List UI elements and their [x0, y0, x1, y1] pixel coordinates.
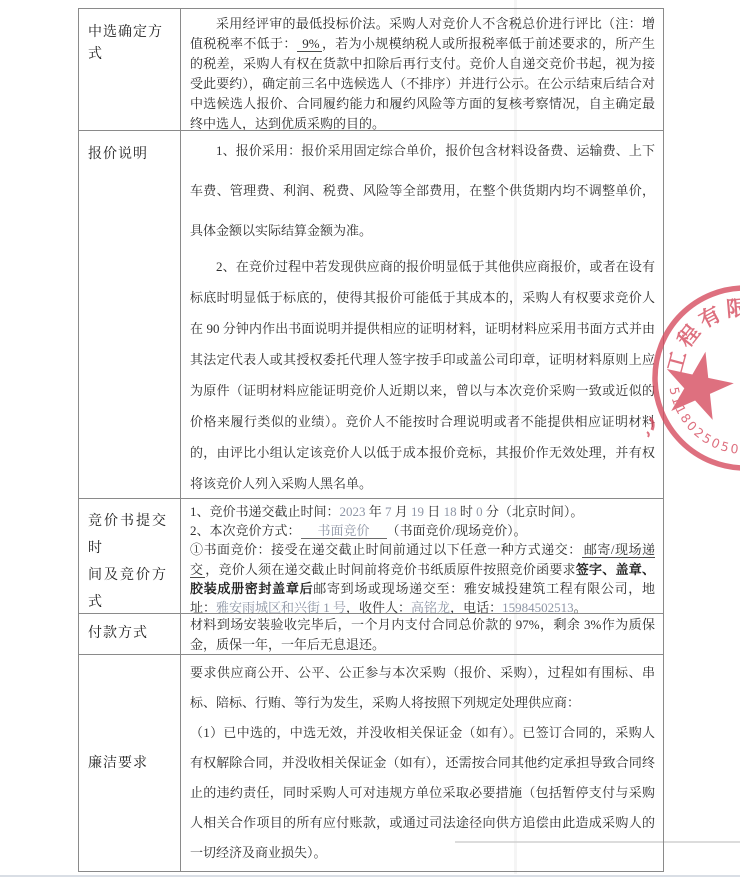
selection-method-text: 采用经评审的最低投标价法。采购人对竞价人不含税总价进行评比（注：增值税税率不低于…: [190, 14, 655, 130]
row-label-quotation-notes: 报价说明: [79, 131, 181, 498]
seal-serial-number: 51180250505: [667, 386, 740, 457]
table-row: 付款方式 材料到场安装验收完毕后，一个月内支付合同总价款的 97%，剩余 3%作…: [79, 614, 663, 655]
table-row: 报价说明 1、报价采用：报价采用固定综合单价，报价包含材料设备费、运输费、上下车…: [79, 131, 663, 499]
row-label-selection-method: 中选确定方式: [79, 9, 181, 130]
bid-method-line: 2、本次竞价方式：书面竞价（书面竞价/现场竞价）。: [190, 521, 655, 540]
procurement-terms-table: 中选确定方式 采用经评审的最低投标价法。采购人对竞价人不含税总价进行评比（注：增…: [78, 8, 664, 872]
row-label-text-line1: 竞价书提交时: [88, 514, 168, 556]
table-row: 廉洁要求 要求供应商公开、公平、公正参与本次采购（报价、采购），过程如有围标、串…: [79, 655, 663, 872]
seal-star-icon: [658, 345, 738, 423]
integrity-clause-intro: 要求供应商公开、公平、公正参与本次采购（报价、采购），过程如有围标、串标、陪标、…: [190, 658, 655, 718]
table-row: 中选确定方式 采用经评审的最低投标价法。采购人对竞价人不含税总价进行评比（注：增…: [79, 9, 663, 131]
payment-method-text: 材料到场安装验收完毕后，一个月内支付合同总价款的 97%，剩余 3%作为质保金，…: [190, 615, 655, 654]
row-label-text: 付款方式: [88, 626, 148, 641]
integrity-requirements-cell: 要求供应商公开、公平、公正参与本次采购（报价、采购），过程如有围标、串标、陪标、…: [181, 655, 663, 872]
quotation-clause-2: 2、在竞价过程中若发现供应商的报价明显低于其他供应商报价，或者在设有标底时明显低…: [190, 251, 655, 498]
table-row: 竞价书提交时 间及竞价方式 1、竞价书递交截止时间：2023 年 7 月 19 …: [79, 499, 663, 614]
row-label-integrity-requirements: 廉洁要求: [79, 655, 181, 872]
selection-method-cell: 采用经评审的最低投标价法。采购人对竞价人不含税总价进行评比（注：增值税税率不低于…: [181, 9, 663, 130]
seal-company-arc-text: 工程有限公司: [663, 295, 740, 375]
quotation-clause-1: 1、报价采用：报价采用固定综合单价，报价包含材料设备费、运输费、上下车费、管理费…: [190, 131, 655, 251]
integrity-clause-1: （1）已中选的，中选无效，并没收相关保证金（如有）。已签订合同的，采购人有权解除…: [190, 718, 655, 868]
document-page: { "table": { "rows": [ { "label": "中选确定方…: [0, 0, 740, 882]
submission-time-cell: 1、竞价书递交截止时间：2023 年 7 月 19 日 18 时 0 分（北京时…: [181, 499, 663, 613]
row-label-text: 廉洁要求: [88, 753, 148, 775]
seal-ring: [655, 288, 740, 468]
written-bid-details: ①书面竞价：接受在递交截止时间前通过以下任意一种方式递交：邮寄/现场递交，竞价人…: [190, 540, 655, 613]
row-label-text-line2: 间及竞价方式: [88, 568, 168, 610]
row-label-submission-time: 竞价书提交时 间及竞价方式: [79, 499, 181, 613]
row-label-text: 中选确定方式: [88, 25, 163, 62]
deadline-line: 1、竞价书递交截止时间：2023 年 7 月 19 日 18 时 0 分（北京时…: [190, 502, 655, 521]
row-label-text: 报价说明: [88, 147, 148, 162]
payment-method-cell: 材料到场安装验收完毕后，一个月内支付合同总价款的 97%，剩余 3%作为质保金，…: [181, 614, 663, 654]
page-bottom-edge: [0, 875, 740, 877]
quotation-notes-cell: 1、报价采用：报价采用固定综合单价，报价包含材料设备费、运输费、上下车费、管理费…: [181, 131, 663, 498]
row-label-payment-method: 付款方式: [79, 614, 181, 654]
